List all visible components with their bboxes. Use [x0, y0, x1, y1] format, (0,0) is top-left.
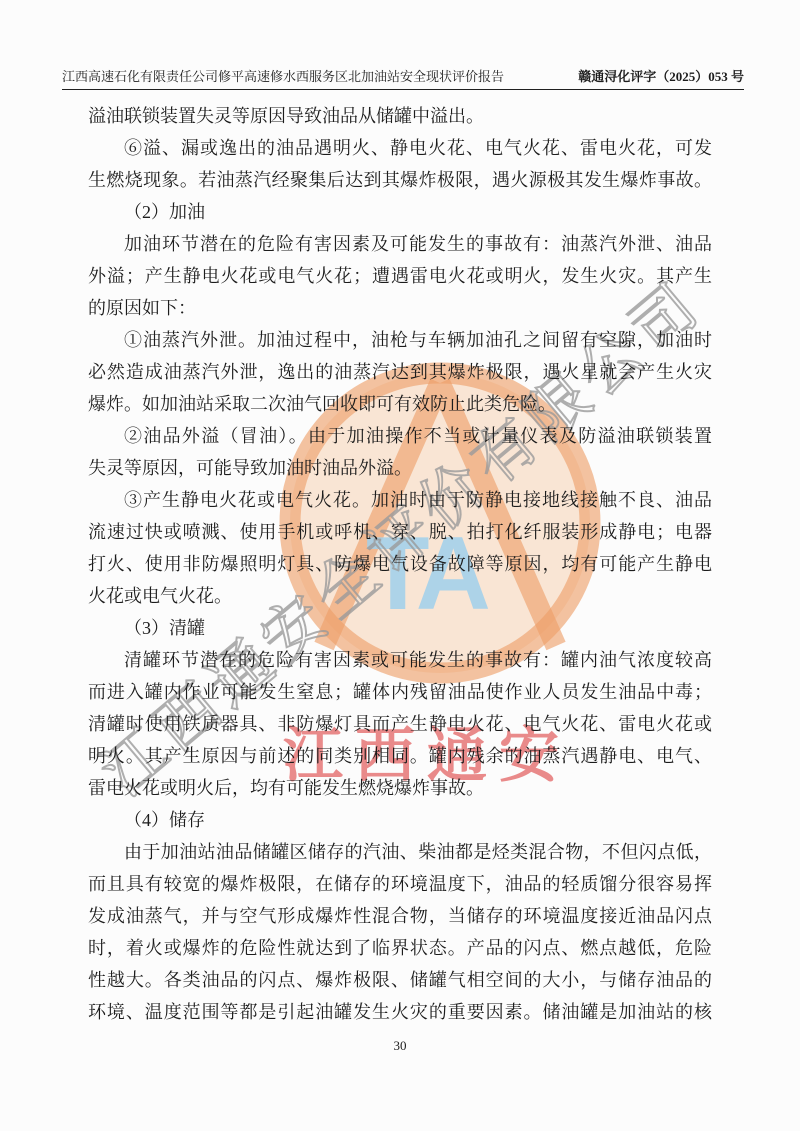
body-line: ⑥溢、漏或逸出的油品遇明火、静电火花、电气火花、雷电火花，可发: [88, 132, 712, 164]
body-line: 环境、温度范围等都是引起油罐发生火灾的重要因素。储油罐是加油站的核: [88, 996, 712, 1028]
page-content: 江西高速石化有限责任公司修平高速修水西服务区北加油站安全现状评价报告 赣通浔化评…: [0, 0, 800, 1131]
body-line: 的原因如下：: [88, 292, 712, 324]
body-line: 性越大。各类油品的闪点、爆炸极限、储罐气相空间的大小，与储存油品的: [88, 964, 712, 996]
body-line: 而进入罐内作业可能发生窒息；罐体内残留油品使作业人员发生油品中毒；: [88, 676, 712, 708]
header-doc-number: 赣通浔化评字（2025）053 号: [578, 66, 744, 85]
body-line: 生燃烧现象。若油蒸汽经聚集后达到其爆炸极限，遇火源极其发生爆炸事故。: [88, 164, 712, 196]
body-line: 失灵等原因，可能导致加油时油品外溢。: [88, 452, 712, 484]
body-line: 火花或电气火花。: [88, 580, 712, 612]
page-number: 30: [0, 1038, 800, 1054]
document-page: TA 江西通安全评价有限公司 江西通安 江西高速石化有限责任公司修平高速修水西服…: [0, 0, 800, 1131]
body-line: ①油蒸汽外泄。加油过程中，油枪与车辆加油孔之间留有空隙，加油时: [88, 324, 712, 356]
body-line: （3）清罐: [88, 612, 712, 644]
body-line: 雷电火花或明火后，均有可能发生燃烧爆炸事故。: [88, 772, 712, 804]
body-line: （2）加油: [88, 196, 712, 228]
body-line: ②油品外溢（冒油）。由于加油操作不当或计量仪表及防溢油联锁装置: [88, 420, 712, 452]
body-line: 明火。其产生原因与前述的同类别相同。罐内残余的油蒸汽遇静电、电气、: [88, 740, 712, 772]
body-line: 由于加油站油品储罐区储存的汽油、柴油都是烃类混合物，不但闪点低，: [88, 836, 712, 868]
body-line: 而且具有较宽的爆炸极限，在储存的环境温度下，油品的轻质馏分很容易挥: [88, 868, 712, 900]
body-line: 发成油蒸气，并与空气形成爆炸性混合物，当储存的环境温度接近油品闪点: [88, 900, 712, 932]
page-header: 江西高速石化有限责任公司修平高速修水西服务区北加油站安全现状评价报告 赣通浔化评…: [62, 64, 744, 90]
body-line: （4）储存: [88, 804, 712, 836]
body-line: 爆炸。如加油站采取二次油气回收即可有效防止此类危险。: [88, 388, 712, 420]
body-line: 外溢；产生静电火花或电气火花；遭遇雷电火花或明火，发生火灾。其产生: [88, 260, 712, 292]
body-line: 必然造成油蒸汽外泄，逸出的油蒸汽达到其爆炸极限，遇火星就会产生火灾: [88, 356, 712, 388]
body-line: 清罐环节潜在的危险有害因素或可能发生的事故有：罐内油气浓度较高: [88, 644, 712, 676]
body-line: 加油环节潜在的危险有害因素及可能发生的事故有：油蒸汽外泄、油品: [88, 228, 712, 260]
body-text: 溢油联锁装置失灵等原因导致油品从储罐中溢出。⑥溢、漏或逸出的油品遇明火、静电火花…: [88, 100, 712, 1028]
body-line: 流速过快或喷溅、使用手机或呼机、穿、脱、拍打化纤服装形成静电；电器: [88, 516, 712, 548]
body-line: 清罐时使用铁质器具、非防爆灯具而产生静电火花、电气火花、雷电火花或: [88, 708, 712, 740]
body-line: ③产生静电火花或电气火花。加油时由于防静电接地线接触不良、油品: [88, 484, 712, 516]
header-left-title: 江西高速石化有限责任公司修平高速修水西服务区北加油站安全现状评价报告: [62, 66, 504, 85]
body-line: 打火、使用非防爆照明灯具、防爆电气设备故障等原因，均有可能产生静电: [88, 548, 712, 580]
body-line: 时，着火或爆炸的危险性就达到了临界状态。产品的闪点、燃点越低，危险: [88, 932, 712, 964]
body-line: 溢油联锁装置失灵等原因导致油品从储罐中溢出。: [88, 100, 712, 132]
